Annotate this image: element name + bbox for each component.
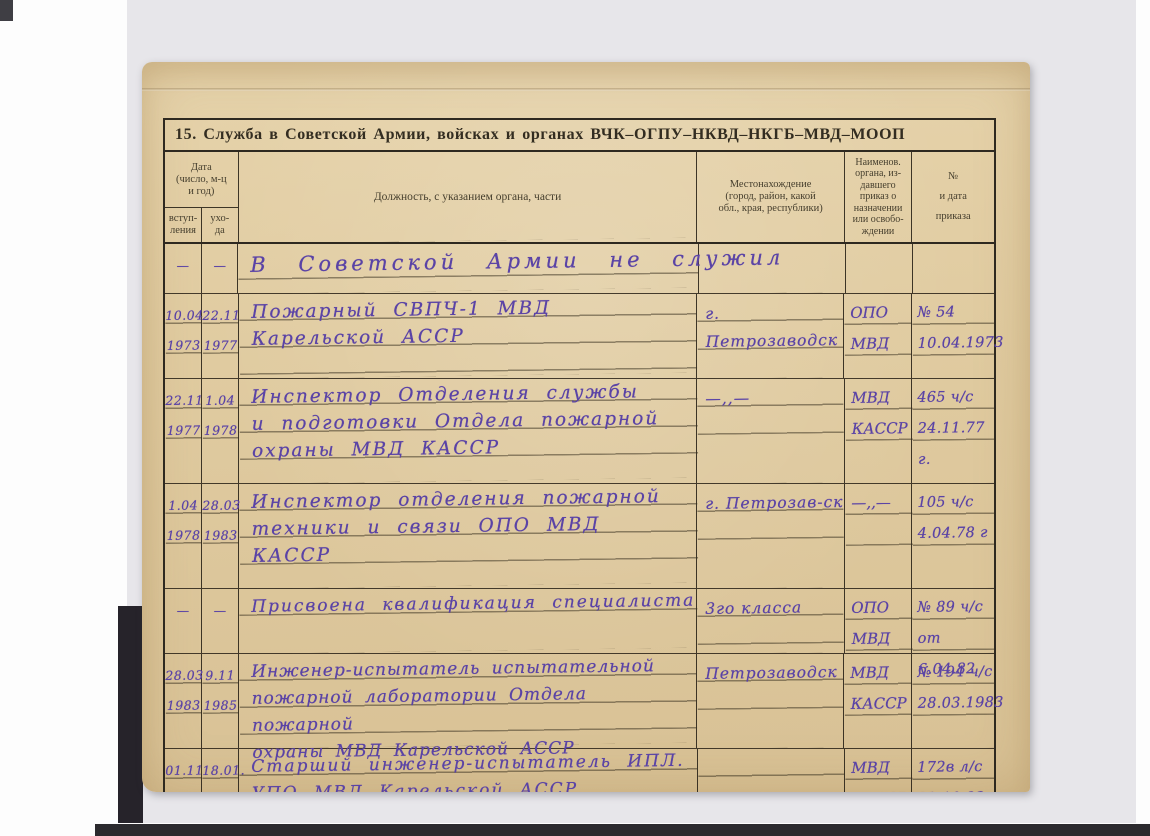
handwritten-position: Инженер-испытатель испытательной пожарно…	[239, 648, 698, 748]
handwritten-date-out: 18.01. 19..	[202, 748, 239, 792]
handwritten-organ: ОПО МВД	[844, 293, 912, 378]
table-row: — — Присвоена квалификация специалиста 3…	[165, 589, 994, 654]
cell-date-out: 1.04 1978	[202, 379, 239, 483]
handwritten-order: 105 ч/с 4.04.78 г	[912, 483, 995, 588]
cell-organ: ОПО МВД	[844, 294, 912, 378]
handwritten-position: Инспектор Отделения службы и подготовки …	[239, 373, 698, 483]
handwritten-location: г. Петрозаводск	[697, 292, 844, 378]
cell-position: Инспектор Отделения службы и подготовки …	[239, 379, 698, 483]
handwritten-order: № 54 10.04.1973	[912, 293, 995, 378]
table-body: — — В Советской Армии не служил 10.04 19…	[165, 244, 994, 792]
table-row: 1.04 1978 28.03 1983 Инспектор отделения…	[165, 484, 994, 589]
handwritten-position: В Советской Армии не служил	[238, 238, 699, 293]
cell-position: Инспектор отделения пожарной техники и с…	[239, 484, 698, 588]
handwritten-date-out: 1.04 1978	[202, 378, 239, 482]
cell-position: В Советской Армии не служил	[238, 244, 699, 293]
cell-location: г. Петрозаводск	[697, 294, 844, 378]
cell-location: г. Петрозав-ск	[697, 484, 844, 588]
handwritten-position: Инспектор отделения пожарной техники и с…	[239, 478, 698, 588]
scanned-document-page: 15. Служба в Советской Армии, войсках и …	[0, 0, 1150, 836]
cell-order: № 54 10.04.1973	[912, 294, 994, 378]
cell-date-out: 9.11 1985	[202, 654, 239, 748]
handwritten-date-in: 28.03 1983	[165, 653, 202, 747]
cell-position: Инженер-испытатель испытательной пожарно…	[239, 654, 697, 748]
handwritten-organ: МВД КАССР	[844, 653, 912, 748]
table-row: 28.03 1983 9.11 1985 Инженер-испытатель …	[165, 654, 994, 749]
cell-organ: ОПО МВД	[845, 589, 913, 653]
handwritten-order: 465 ч/с 24.11.77 г.	[912, 378, 995, 483]
handwritten-date-out: 28.03 1983	[202, 483, 239, 587]
cell-location: г. Петрозаводск	[698, 749, 845, 792]
cell-location: Петрозаводск	[697, 654, 844, 748]
handwritten-date-in: 22.11 1977	[165, 378, 202, 482]
scan-edge-bottom	[95, 824, 1150, 836]
service-record-sheet: 15. Служба в Советской Армии, войсках и …	[142, 62, 1030, 792]
handwritten-location: г. Петрозаводск	[698, 747, 845, 792]
cell-position: Присвоена квалификация специалиста	[239, 589, 698, 653]
column-header-date: Дата (число, м-ц и год) вступ- ления ухо…	[165, 152, 239, 242]
cell-position: Старший инженер-испытатель ИПЛ. УПО МВД …	[239, 749, 698, 792]
handwritten-organ: МВД КАССР	[845, 378, 913, 483]
column-header-date-out: ухо- да	[202, 208, 238, 242]
cell-order	[913, 244, 994, 293]
cell-location: —,,—	[697, 379, 844, 483]
cell-order: 105 ч/с 4.04.78 г	[912, 484, 994, 588]
cell-order: № 194 ч/с 28.03.1983	[912, 654, 994, 748]
handwritten-organ: МВД КАССР	[845, 748, 913, 792]
handwritten-date-in: 1.04 1978	[165, 483, 202, 587]
cell-date-out: 22.11 1977	[202, 294, 239, 378]
column-header-order: № и дата приказа	[912, 152, 994, 242]
handwritten-date-out: 9.11 1985	[202, 654, 239, 748]
cell-date-in: 01.11 19..	[165, 749, 202, 792]
column-header-position: Должность, с указанием органа, части	[239, 152, 698, 242]
handwritten-organ: ОПО МВД	[845, 588, 913, 653]
table-row: 01.11 19.. 18.01. 19.. Старший инженер-и…	[165, 749, 994, 792]
cell-date-in: 22.11 1977	[165, 379, 202, 483]
column-header-organ: Наименов. органа, из- давшего приказ о н…	[845, 152, 913, 242]
handwritten-order: № 194 ч/с 28.03.1983	[912, 653, 995, 748]
handwritten-date-in: 10.04 1973	[165, 293, 202, 377]
cell-order: 465 ч/с 24.11.77 г.	[912, 379, 994, 483]
cell-organ: МВД КАССР	[845, 749, 913, 792]
cell-date-in: 1.04 1978	[165, 484, 202, 588]
column-header-date-group: Дата (число, м-ц и год)	[165, 152, 238, 208]
cell-date-out: —	[202, 244, 239, 293]
handwritten-order: № 89 ч/с от 6.04.82	[912, 588, 994, 653]
scan-edge-left	[118, 606, 143, 823]
column-header-date-split: вступ- ления ухо- да	[165, 208, 238, 242]
service-record-table: 15. Служба в Советской Армии, войсках и …	[163, 118, 996, 792]
cell-date-out: 18.01. 19..	[202, 749, 239, 792]
cell-organ: —,,—	[845, 484, 913, 588]
table-row: — — В Советской Армии не служил	[165, 244, 994, 294]
handwritten-position: Пожарный СВПЧ-1 МВД Карельской АССР	[239, 288, 697, 378]
cell-date-in: 10.04 1973	[165, 294, 202, 378]
handwritten-position: Старший инженер-испытатель ИПЛ. УПО МВД …	[239, 743, 697, 792]
handwritten-organ: —,,—	[845, 483, 913, 588]
section-title: 15. Служба в Советской Армии, войсках и …	[165, 120, 994, 152]
cell-organ	[846, 244, 913, 293]
handwritten-organ	[846, 243, 913, 293]
handwritten-date-out: —	[202, 588, 239, 652]
handwritten-date-out: —	[202, 244, 238, 293]
cell-order: 172в л/с 22.10.83	[912, 749, 994, 792]
table-row: 22.11 1977 1.04 1978 Инспектор Отделения…	[165, 379, 994, 484]
cell-date-out: 28.03 1983	[202, 484, 239, 588]
handwritten-date-in: 01.11 19..	[165, 748, 202, 792]
handwritten-location: г. Петрозав-ск	[697, 482, 845, 588]
cell-date-out: —	[202, 589, 239, 653]
handwritten-date-in: —	[165, 588, 202, 652]
table-header: Дата (число, м-ц и год) вступ- ления ухо…	[165, 152, 994, 244]
paper-crease	[142, 88, 1030, 91]
handwritten-order	[913, 243, 995, 293]
cell-position: Пожарный СВПЧ-1 МВД Карельской АССР	[239, 294, 697, 378]
cell-organ: МВД КАССР	[844, 654, 912, 748]
column-header-location: Местонахождение (город, район, какой обл…	[697, 152, 844, 242]
handwritten-date-out: 22.11 1977	[202, 293, 239, 377]
cell-location: 3го класса	[697, 589, 844, 653]
table-row: 10.04 1973 22.11 1977 Пожарный СВПЧ-1 МВ…	[165, 294, 994, 379]
handwritten-location: —,,—	[697, 377, 845, 483]
cell-date-in: —	[165, 244, 202, 293]
handwritten-location: Петрозаводск	[697, 652, 844, 748]
handwritten-location: 3го класса	[697, 587, 844, 653]
cell-date-in: —	[165, 589, 202, 653]
scan-corner-mark	[0, 0, 13, 21]
handwritten-date-in: —	[165, 244, 201, 293]
cell-organ: МВД КАССР	[845, 379, 913, 483]
cell-date-in: 28.03 1983	[165, 654, 202, 748]
cell-order: № 89 ч/с от 6.04.82	[912, 589, 994, 653]
column-header-date-in: вступ- ления	[165, 208, 202, 242]
handwritten-order: 172в л/с 22.10.83	[912, 748, 995, 792]
handwritten-position: Присвоена квалификация специалиста	[239, 583, 698, 653]
